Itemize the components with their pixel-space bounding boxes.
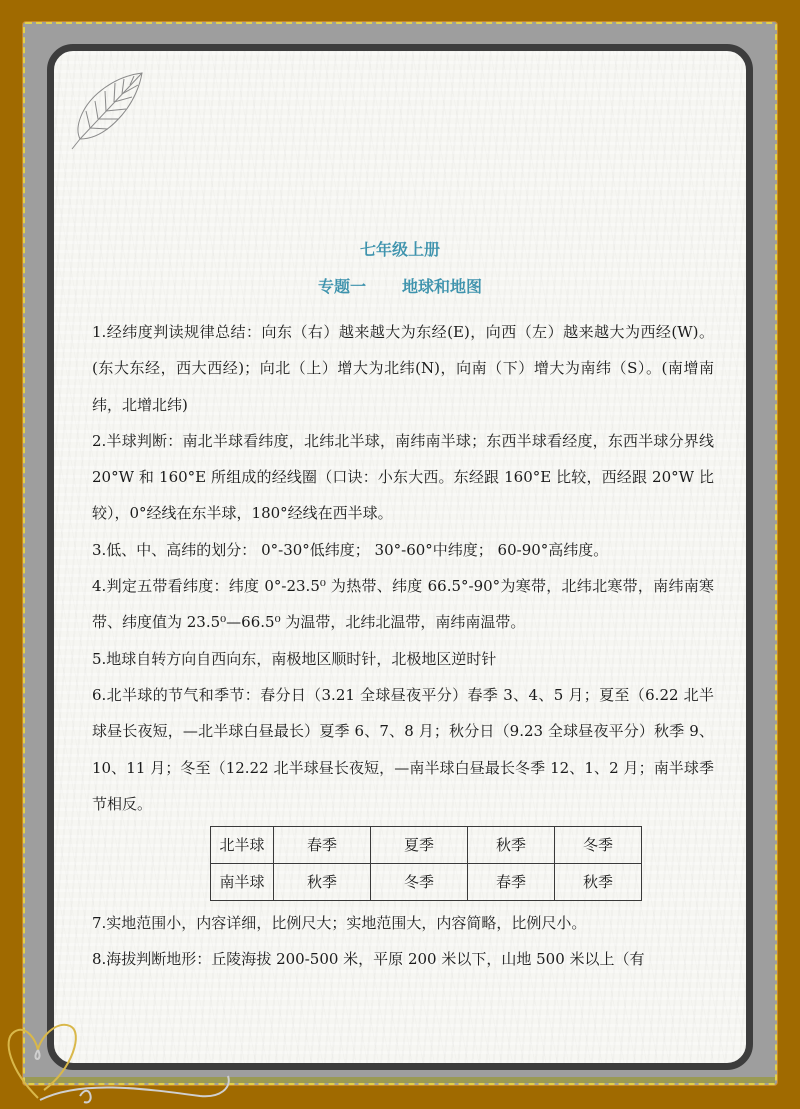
note-paragraph-1: 1.经纬度判读规律总结：向东（右）越来越大为东经(E)，向西（左）越来越大为西经… [92,314,714,423]
table-cell: 北半球 [211,827,274,864]
table-cell: 秋季 [555,864,642,901]
leaf-icon [68,67,168,157]
table-cell: 冬季 [371,864,468,901]
table-row: 北半球 春季 夏季 秋季 冬季 [211,827,642,864]
grade-title: 七年级上册 [54,237,746,260]
note-paragraph-5: 5.地球自转方向自西向东，南极地区顺时针，北极地区逆时针 [92,641,714,677]
heart-ribbon-icon [0,1010,240,1109]
note-paragraph-8: 8.海拔判断地形：丘陵海拔 200-500 米，平原 200 米以下，山地 50… [92,941,714,977]
table-cell: 秋季 [274,864,371,901]
topic-label: 专题一 [318,277,366,296]
topic-title: 专题一地球和地图 [54,274,746,297]
note-paragraph-7: 7.实地范围小，内容详细，比例尺大；实地范围大，内容简略，比例尺小。 [92,905,714,941]
note-paragraph-4: 4.判定五带看纬度：纬度 0°-23.5⁰ 为热带、纬度 66.5°-90°为寒… [92,568,714,641]
table-row: 南半球 秋季 冬季 春季 秋季 [211,864,642,901]
table-cell: 南半球 [211,864,274,901]
paper-page: 七年级上册 专题一地球和地图 1.经纬度判读规律总结：向东（右）越来越大为东经(… [47,44,753,1070]
table-cell: 冬季 [555,827,642,864]
note-paragraph-6: 6.北半球的节气和季节：春分日（3.21 全球昼夜平分）春季 3、4、5 月；夏… [92,677,714,822]
notes-content: 1.经纬度判读规律总结：向东（右）越来越大为东经(E)，向西（左）越来越大为西经… [92,314,714,978]
table-cell: 夏季 [371,827,468,864]
note-paragraph-3: 3.低、中、高纬的划分： 0°-30°低纬度； 30°-60°中纬度； 60-9… [92,532,714,568]
table-cell: 秋季 [468,827,555,864]
table-cell: 春季 [468,864,555,901]
note-paragraph-2: 2.半球判断：南北半球看纬度，北纬北半球，南纬南半球；东西半球看经度，东西半球分… [92,423,714,532]
topic-name: 地球和地图 [402,277,482,296]
season-table: 北半球 春季 夏季 秋季 冬季 南半球 秋季 冬季 春季 秋季 [210,826,642,901]
table-cell: 春季 [274,827,371,864]
